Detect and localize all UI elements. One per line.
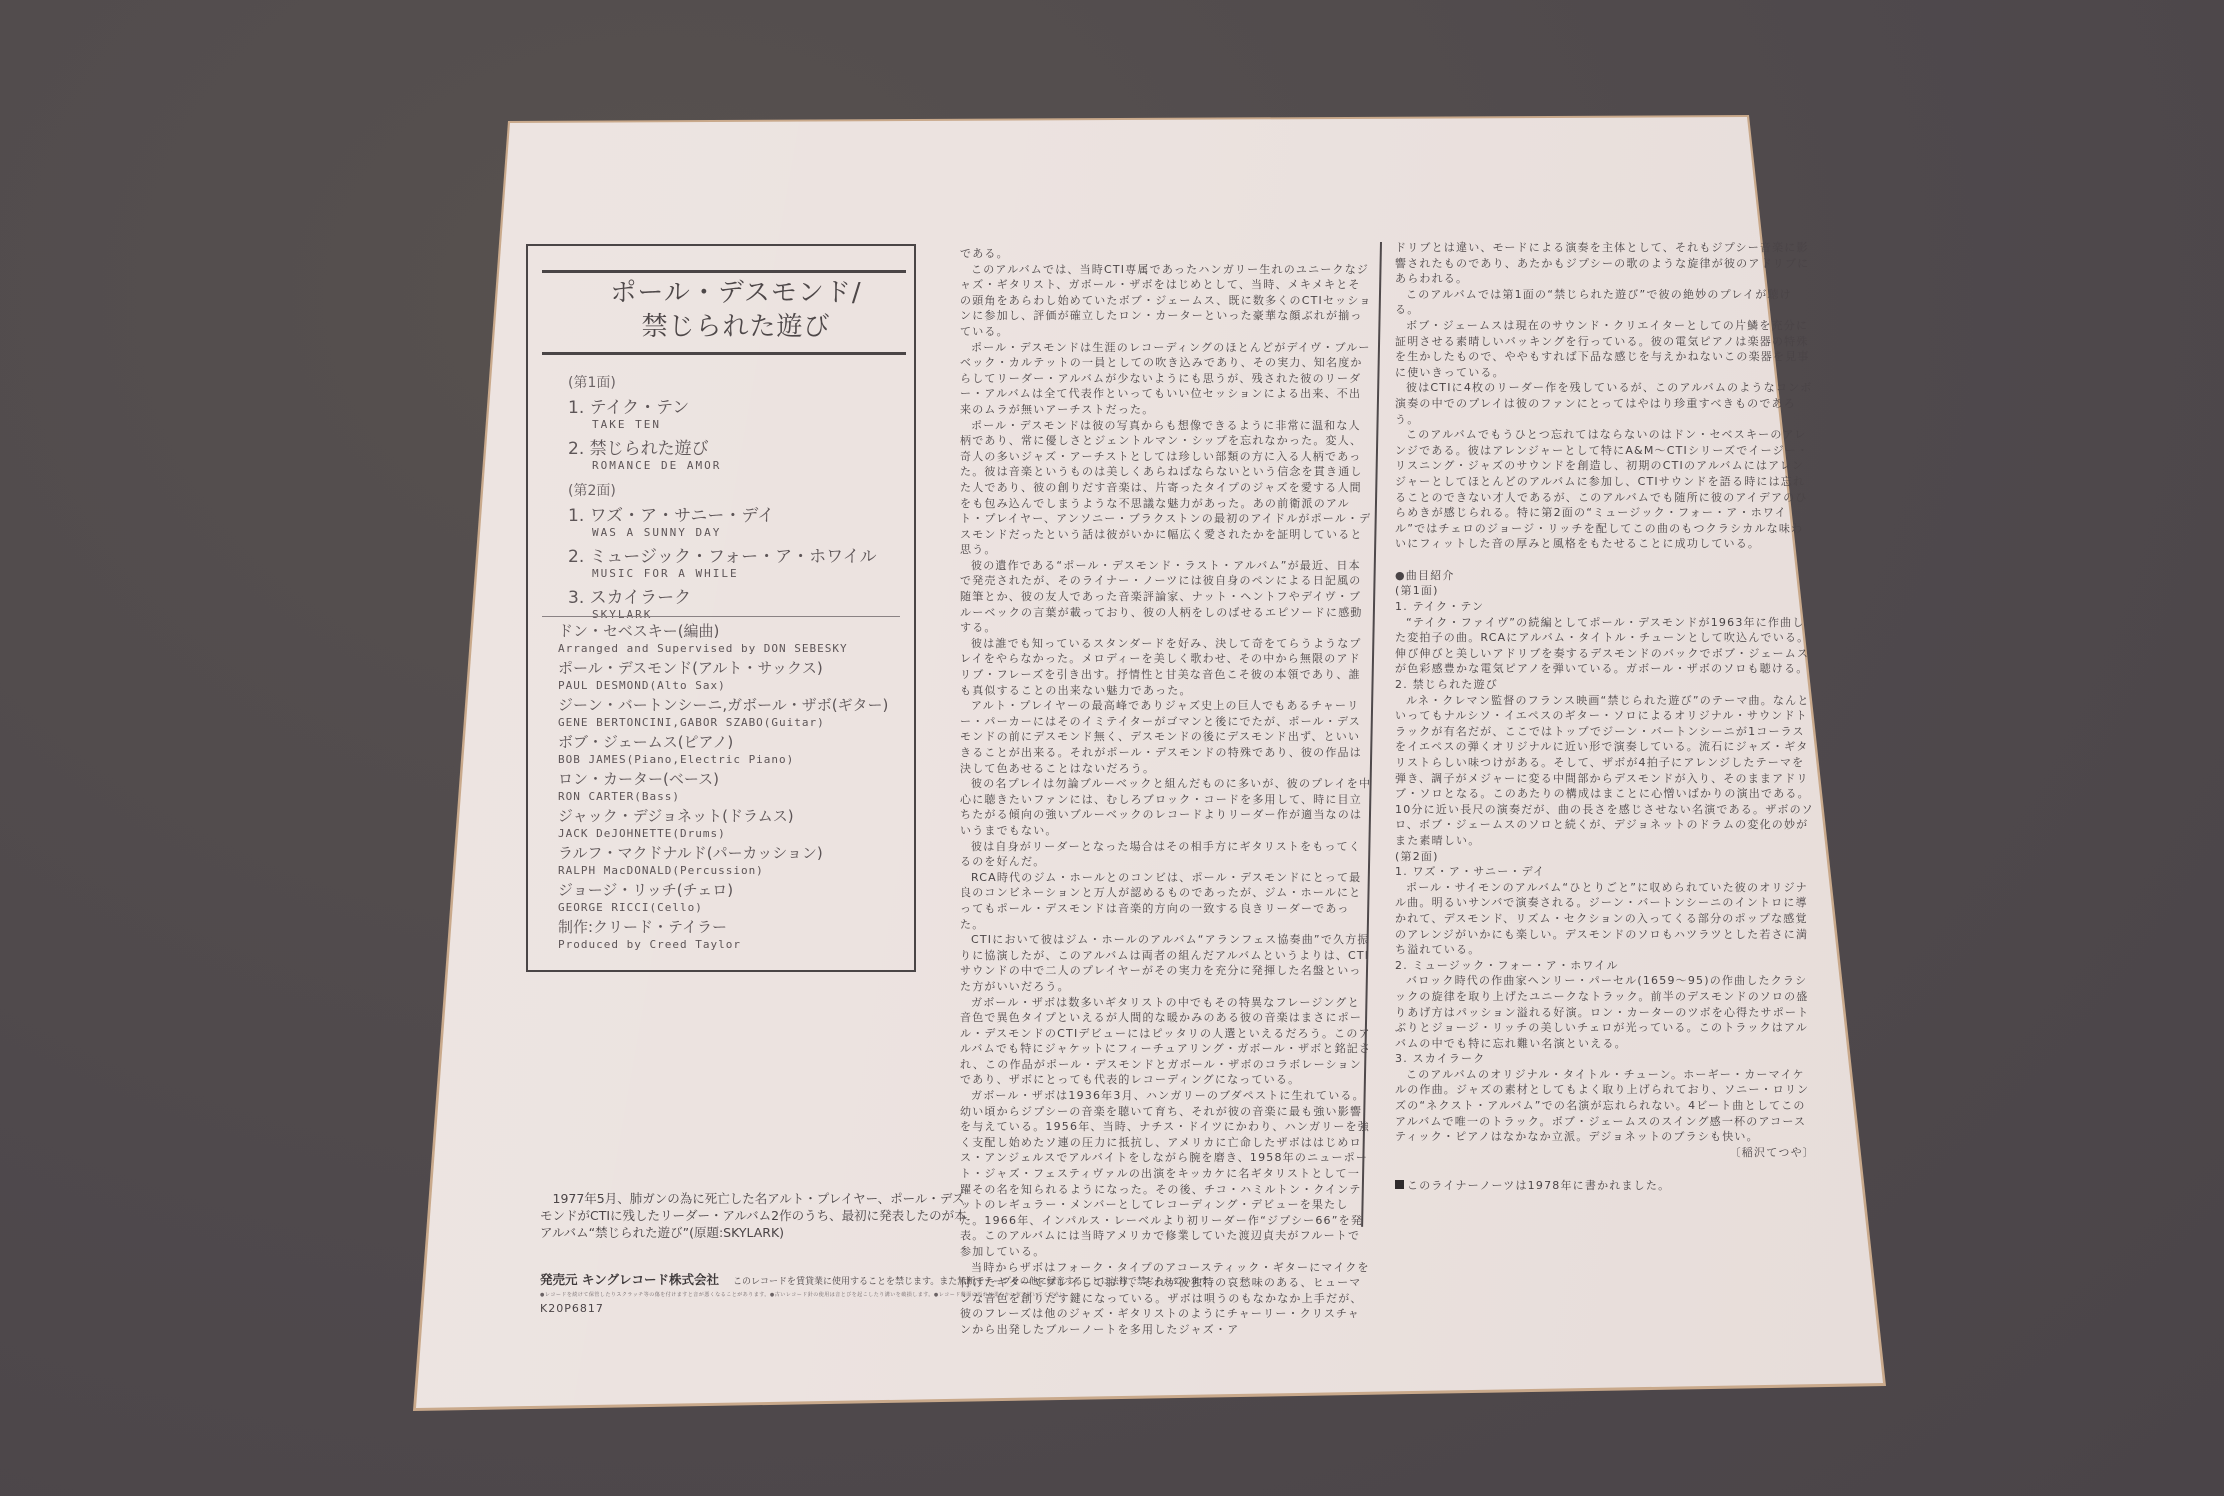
album-name: 禁じられた遊び — [568, 310, 904, 344]
album-credits-box: ポール・デスモンド/ 禁じられた遊び (第1面) 1. テイク・テン TAKE … — [526, 244, 916, 972]
track-description: バロック時代の作曲家ヘンリー・パーセル(1659〜95)の作曲したクラシックの旋… — [1395, 973, 1815, 1051]
personnel-credits: ドン・セベスキー(編曲)Arranged and Supervised by D… — [558, 622, 908, 955]
credit-item: ジーン・バートンシーニ,ガボール・ザボ(ギター)GENE BERTONCINI,… — [558, 696, 908, 730]
copyright-notice: このレコードを賃貸業に使用することを禁じます。また無断でテープその他に録音するこ… — [733, 1277, 1217, 1287]
track-item: 1. テイク・テン TAKE TEN — [568, 398, 908, 431]
credit-item: ジョージ・リッチ(チェロ)GEORGE RICCI(Cello) — [558, 881, 908, 915]
notes-paragraph: ポール・デスモンドは生涯のレコーディングのほとんどがデイヴ・ブルーベック・カルテ… — [960, 340, 1372, 418]
artist-name: ポール・デスモンド/ — [568, 276, 904, 310]
track-list: (第1面) 1. テイク・テン TAKE TEN 2. 禁じられた遊び ROMA… — [568, 372, 908, 629]
title-rule-top — [542, 270, 906, 273]
catalog-number: K20P6817 — [540, 1302, 1840, 1315]
notes-paragraph: CTIにおいて彼はジム・ホールのアルバム“アランフェス協奏曲”で久方振りに協演し… — [960, 932, 1372, 994]
track-title: 1. テイク・テン — [1395, 599, 1815, 615]
track-item: 2. 禁じられた遊び ROMANCE DE AMOR — [568, 439, 908, 472]
credit-item: ボブ・ジェームス(ピアノ)BOB JAMES(Piano,Electric Pi… — [558, 733, 908, 767]
notes-column-middle: である。 このアルバムでは、当時CTI専属であったハンガリー生れのユニークなジャ… — [960, 246, 1372, 1338]
side-label: (第2面) — [1395, 849, 1815, 865]
notes-paragraph: ガボール・ザボは数多いギタリストの中でもその特異なフレージングと音色で異色タイプ… — [960, 995, 1372, 1089]
square-bullet-icon — [1395, 1180, 1404, 1189]
publisher-name: 発売元 キングレコード株式会社 — [540, 1272, 719, 1287]
notes-paragraph: アルト・プレイヤーの最高峰でありジャズ史上の巨人でもあるチャーリー・パーカーには… — [960, 698, 1372, 776]
credit-item: ラルフ・マクドナルド(パーカッション)RALPH MacDONALD(Percu… — [558, 844, 908, 878]
track-description: ポール・サイモンのアルバム“ひとりごと”に収められていた彼のオリジナル曲。明るい… — [1395, 880, 1815, 958]
credit-item: 制作:クリード・テイラーProduced by Creed Taylor — [558, 918, 908, 952]
track-title: 2. 禁じられた遊び — [1395, 677, 1815, 693]
notes-paragraph: 彼は自身がリーダーとなった場合はその相手方にギタリストをもってくるのを好んだ。 — [960, 839, 1372, 870]
credit-item: ロン・カーター(ベース)RON CARTER(Bass) — [558, 770, 908, 804]
track-description: このアルバムのオリジナル・タイトル・チューン。ホーギー・カーマイケルの作曲。ジャ… — [1395, 1067, 1815, 1145]
side-label: (第1面) — [568, 372, 908, 392]
track-item: 1. ワズ・ア・サニー・デイ WAS A SUNNY DAY — [568, 506, 908, 539]
track-title: 2. ミュージック・フォー・ア・ホワイル — [1395, 958, 1815, 974]
credits-divider — [542, 616, 900, 617]
written-year-note: このライナーノーツは1978年に書かれました。 — [1395, 1178, 1815, 1194]
track-title: 1. ワズ・ア・サニー・デイ — [1395, 864, 1815, 880]
notes-paragraph: 彼はCTIに4枚のリーダー作を残しているが、このアルバムのようなコンボ演奏の中で… — [1395, 380, 1815, 427]
notes-paragraph: ドリブとは違い、モードによる演奏を主体として、それもジプシー音楽に影響されたもの… — [1395, 240, 1815, 287]
credit-item: ジャック・デジョネット(ドラムス)JACK DeJOHNETTE(Drums) — [558, 807, 908, 841]
track-description: ルネ・クレマン監督のフランス映画“禁じられた遊び”のテーマ曲。なんといってもナル… — [1395, 693, 1815, 849]
notes-paragraph: ポール・デスモンドは彼の写真からも想像できるように非常に温和な人柄であり、常に優… — [960, 418, 1372, 558]
notes-paragraph: ボブ・ジェームスは現在のサウンド・クリエイターとしての片鱗を充分に証明させる素晴… — [1395, 318, 1815, 380]
liner-notes-content: ポール・デスモンド/ 禁じられた遊び (第1面) 1. テイク・テン TAKE … — [520, 240, 1820, 1360]
track-intro-heading: ●曲目紹介 — [1395, 568, 1815, 584]
notes-column-right: ドリブとは違い、モードによる演奏を主体として、それもジプシー音楽に影響されたもの… — [1395, 240, 1815, 1194]
notes-paragraph: 彼の遺作である“ポール・デスモンド・ラスト・アルバム”が最近、日本で発売されたが… — [960, 558, 1372, 636]
side-label: (第1面) — [1395, 583, 1815, 599]
notes-paragraph: RCA時代のジム・ホールとのコンビは、ポール・デスモンドにとって最良のコンビネー… — [960, 870, 1372, 932]
credit-item: ポール・デスモンド(アルト・サックス)PAUL DESMOND(Alto Sax… — [558, 659, 908, 693]
footer: 発売元 キングレコード株式会社このレコードを賃貸業に使用することを禁じます。また… — [540, 1270, 1840, 1315]
notes-paragraph: このアルバムでは第1面の“禁じられた遊び”で彼の絶妙のプレイが聴ける。 — [1395, 287, 1815, 318]
writer-signature: 〔稲沢てつや〕 — [1395, 1145, 1815, 1161]
side-label: (第2面) — [568, 480, 908, 500]
credit-item: ドン・セベスキー(編曲)Arranged and Supervised by D… — [558, 622, 908, 656]
intro-paragraph: 1977年5月、肺ガンの為に死亡した名アルト・プレイヤー、ポール・デスモンドがC… — [540, 1190, 970, 1241]
track-description: “テイク・ファイヴ”の続編としてポール・デスモンドが1963年に作曲した変拍子の… — [1395, 615, 1815, 677]
notes-paragraph: このアルバムでは、当時CTI専属であったハンガリー生れのユニークなジャズ・ギタリ… — [960, 262, 1372, 340]
track-title: 3. スカイラーク — [1395, 1051, 1815, 1067]
track-item: 2. ミュージック・フォー・ア・ホワイル MUSIC FOR A WHILE — [568, 547, 908, 580]
title-rule-bottom — [542, 352, 906, 355]
notes-paragraph: このアルバムでもうひとつ忘れてはならないのはドン・セベスキーのアレンジである。彼… — [1395, 427, 1815, 552]
album-title: ポール・デスモンド/ 禁じられた遊び — [568, 276, 904, 344]
publisher-line: 発売元 キングレコード株式会社このレコードを賃貸業に使用することを禁じます。また… — [540, 1270, 1840, 1288]
notes-paragraph: 彼の名プレイは勿論ブルーベックと組んだものに多いが、彼のプレイを中心に聴きたいフ… — [960, 776, 1372, 838]
notes-paragraph: 彼は誰でも知っているスタンダードを好み、決して奇をてらうようなプレイをやらなかっ… — [960, 636, 1372, 698]
handling-fine-print: ●レコードを続けて保管したりスクラッチ等の傷を付けますと音が悪くなることがありま… — [540, 1291, 1840, 1298]
notes-paragraph: である。 — [960, 246, 1372, 262]
notes-paragraph: ガボール・ザボは1936年3月、ハンガリーのブダペストに生れている。幼い頃からジ… — [960, 1088, 1372, 1260]
